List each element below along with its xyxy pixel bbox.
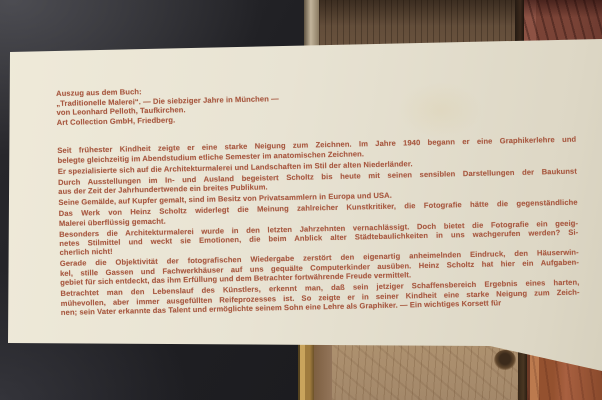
wood-knot — [494, 350, 516, 370]
printed-text-block: Auszug aus dem Buch:„Traditionelle Maler… — [56, 78, 580, 318]
paper-card: Auszug aus dem Buch:„Traditionelle Maler… — [0, 0, 602, 400]
card-body: Seit frühester Kindheit zeigte er eine s… — [57, 135, 580, 317]
photo-canvas: Auszug aus dem Buch:„Traditionelle Maler… — [0, 0, 602, 400]
card-header: Auszug aus dem Buch:„Traditionelle Maler… — [56, 78, 576, 128]
